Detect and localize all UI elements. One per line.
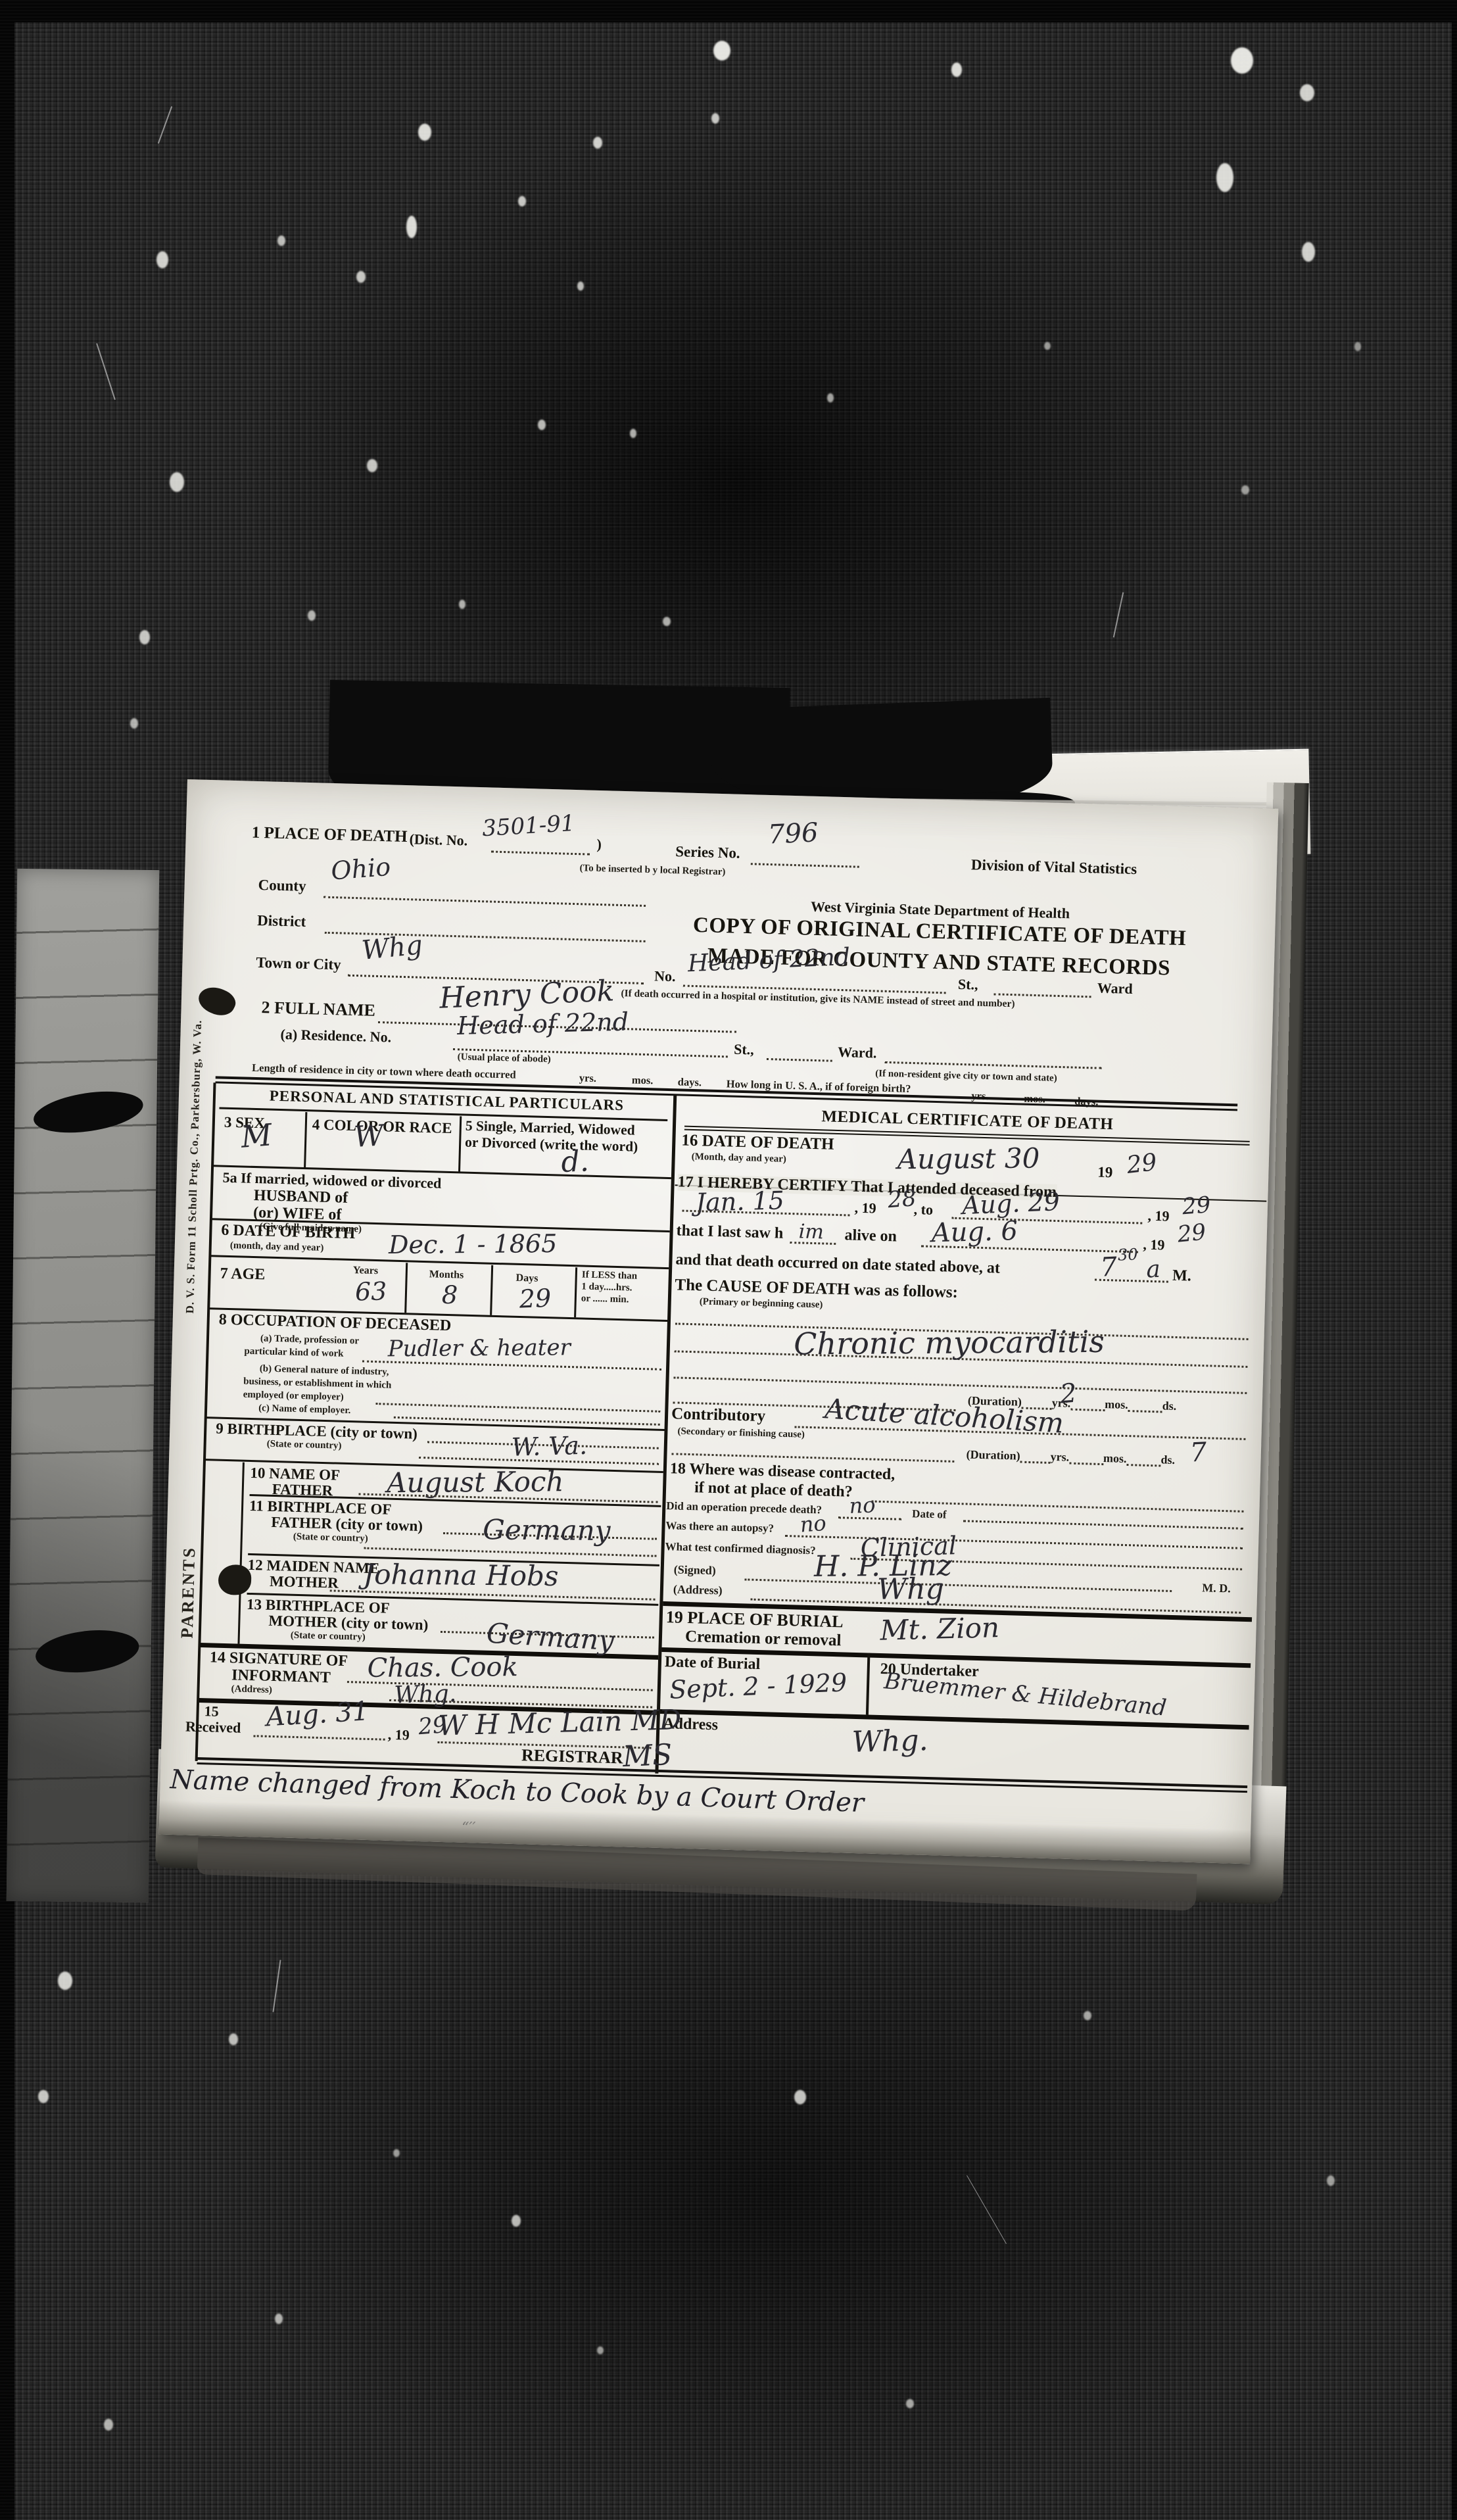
residence-label: (a) Residence. No. — [280, 1027, 391, 1045]
father-bp-state-note: (State or country) — [293, 1532, 368, 1545]
town-value: Whg — [360, 932, 423, 964]
punch-hole — [31, 1085, 146, 1139]
occ-b-1: (b) General nature of industry, — [260, 1364, 389, 1378]
occurred-label: and that death occurred on date stated a… — [675, 1251, 1000, 1277]
punch-hole — [34, 1625, 141, 1677]
occ-value: Pudler & heater — [388, 1336, 571, 1360]
cell-rule — [490, 1265, 493, 1315]
from-year-pre: , 19 — [854, 1200, 876, 1216]
informant-address-value: Whg. — [394, 1682, 457, 1707]
dob-note: (month, day and year) — [230, 1241, 324, 1254]
street-no-value: Head of 22nd — [687, 946, 850, 977]
occupation-label: 8 OCCUPATION OF DECEASED — [218, 1312, 451, 1335]
mother-bp-value: Germany — [486, 1619, 615, 1655]
registrar-label: REGISTRAR — [521, 1746, 623, 1766]
lined-paper-strip — [7, 869, 159, 1902]
operation-line — [838, 1516, 901, 1520]
lastsaw-year-pre: , 19 — [1143, 1237, 1165, 1253]
division-label: Division of Vital Statistics — [971, 857, 1137, 877]
ink-blob — [218, 1564, 251, 1595]
to-year-pre: , 19 — [1147, 1208, 1170, 1224]
age-days-value: 29 — [519, 1286, 552, 1312]
father-value: August Koch — [387, 1468, 564, 1497]
undertaker-address-value: Whg. — [851, 1726, 928, 1757]
lastsaw-pre: that I last saw h — [676, 1223, 783, 1242]
age-days-label: Days — [515, 1273, 538, 1285]
series-no-value: 796 — [767, 819, 819, 848]
duration2-yrs-label: yrs. — [1050, 1450, 1069, 1465]
if-less-3: or ...... min. — [581, 1294, 629, 1305]
received-value: Aug. 31 — [266, 1698, 370, 1730]
dod-label: 16 DATE OF DEATH — [681, 1132, 834, 1154]
to-year-value: 29 — [1182, 1194, 1212, 1218]
county-line — [323, 896, 646, 907]
autopsy-label: Was there an autopsy? — [665, 1520, 774, 1534]
signed-label: (Signed) — [674, 1563, 717, 1577]
m-label: M. — [1172, 1268, 1191, 1285]
district-label: District — [257, 913, 306, 930]
from-year-value: 28 — [887, 1187, 917, 1211]
father-bp-value: Germany — [483, 1516, 611, 1545]
cell-rule — [574, 1267, 577, 1317]
street-no-label: No. — [654, 968, 676, 984]
race-value: W — [353, 1121, 385, 1152]
parents-bracket-rule — [237, 1463, 244, 1644]
age-months-value: 8 — [441, 1282, 458, 1308]
autopsy-value: no — [800, 1513, 827, 1536]
sex-value: M — [240, 1119, 274, 1152]
signed-address-value: Whg — [877, 1575, 944, 1605]
occ-a-2: particular kind of work — [244, 1347, 343, 1360]
undertaker-value: Bruemmer & Hildebrand — [883, 1670, 1168, 1720]
occ-b-2: business, or establishment in which — [243, 1377, 392, 1392]
series-no-label: Series No. — [675, 844, 740, 861]
series-no-line — [751, 863, 859, 867]
place-of-death-label: 1 PLACE OF DEATH — [251, 825, 407, 846]
cause-note: (Primary or beginning cause) — [700, 1297, 823, 1311]
received-label-1: 15 — [204, 1703, 219, 1719]
time-hour: 7 — [1100, 1254, 1118, 1281]
autopsy-line — [785, 1535, 1243, 1549]
county-value: Ohio — [330, 854, 391, 884]
age-years-value: 63 — [355, 1278, 387, 1304]
printer-margin-text: D. V. S. Form 11 Scholl Prtg. Co., Parke… — [183, 1020, 204, 1314]
column-divider — [655, 1095, 677, 1774]
occ-a-1: (a) Trade, profession or — [260, 1334, 359, 1347]
dateof-line — [963, 1520, 1243, 1530]
birthplace-value: W. Va. — [511, 1433, 587, 1460]
ward2-label: Ward. — [838, 1044, 877, 1061]
if-less-1: If LESS than — [582, 1271, 638, 1282]
contributory-label: Contributory — [671, 1405, 766, 1425]
received-line — [254, 1735, 385, 1740]
hospital-note: (If death occurred in a hospital or inst… — [621, 988, 1015, 1009]
received-year-pre: , 19 — [388, 1727, 410, 1743]
cell-rule — [304, 1112, 307, 1167]
county-label: County — [258, 877, 306, 894]
burial-cell-rule — [866, 1653, 871, 1714]
abode-note: (Usual place of abode) — [457, 1052, 550, 1065]
dob-label: 6 DATE OF BIRTH — [221, 1223, 355, 1243]
lastsaw-year-value: 29 — [1176, 1221, 1206, 1246]
informant-value: Chas. Cook — [367, 1654, 517, 1682]
lastsaw-value: Aug. 6 — [931, 1218, 1018, 1246]
duration-line-2: (Duration) yrs. mos. ds. — [966, 1447, 1175, 1467]
lastsaw-mid: alive on — [844, 1227, 897, 1245]
dod-note: (Month, day and year) — [692, 1152, 787, 1165]
occ-b-3: employed (or employer) — [243, 1390, 343, 1403]
residence-value: Head of 22nd — [457, 1009, 629, 1038]
st-label: St., — [958, 977, 978, 992]
dist-no-value: 3501-91 — [481, 812, 575, 840]
ward-line — [994, 993, 1091, 998]
signed-line — [744, 1578, 1172, 1592]
series-note: (To be inserted b y local Registrar) — [579, 863, 725, 878]
duration-ds-value: 7 — [1189, 1439, 1207, 1466]
dob-value: Dec. 1 - 1865 — [389, 1231, 558, 1257]
dod-value: August 30 — [897, 1144, 1040, 1173]
lastsaw-fill-line — [790, 1242, 836, 1245]
duration2-mos-label: mos. — [1103, 1451, 1127, 1466]
death-certificate: D. V. S. Form 11 Scholl Prtg. Co., Parke… — [159, 779, 1279, 1864]
duration2-label: (Duration) — [966, 1447, 1020, 1463]
duration-mos-label: mos. — [1105, 1397, 1128, 1412]
dist-no-label: (Dist. No. — [409, 831, 467, 848]
dist-no-line — [491, 851, 590, 856]
registrar-initials: MS — [622, 1741, 673, 1772]
ward2-line — [885, 1061, 1102, 1069]
mother-bp-state-note: (State or country) — [291, 1631, 366, 1643]
ward-label: Ward — [1097, 981, 1133, 997]
time-minutes: 30 — [1117, 1246, 1138, 1263]
cause-line-3 — [674, 1376, 1247, 1394]
length-mos: mos. — [632, 1074, 654, 1086]
birthplace-state-note: (State or country) — [266, 1440, 341, 1452]
cause-value: Chronic myocarditis — [794, 1326, 1105, 1359]
father-label-1: 10 NAME OF — [250, 1465, 340, 1484]
burial-value: Mt. Zion — [880, 1614, 1000, 1645]
lastsaw-fill: im — [798, 1222, 824, 1242]
cell-rule — [404, 1263, 408, 1313]
received-label-2: Received — [185, 1718, 241, 1735]
mother-label-2: MOTHER — [270, 1574, 339, 1591]
dateof-label: Date of — [912, 1508, 947, 1520]
registrar-signature: W H Mc Lain MD — [438, 1706, 682, 1739]
attended-to-value: Aug. 29 — [961, 1189, 1060, 1218]
st2-line — [767, 1058, 832, 1062]
marital-label-2: or Divorced (write the word) — [465, 1135, 638, 1155]
microfilm-scan: D. V. S. Form 11 Scholl Prtg. Co., Parke… — [0, 0, 1457, 2520]
burial-date-label: Date of Burial — [665, 1654, 761, 1673]
burial-date-value: Sept. 2 - 1929 — [669, 1670, 848, 1703]
dod-year-pre: 19 — [1097, 1165, 1113, 1181]
informant-line — [347, 1681, 653, 1691]
informant-label-1: 14 SIGNATURE OF — [210, 1649, 348, 1670]
length-yrs: yrs. — [579, 1072, 597, 1084]
if-less-2: 1 day.....hrs. — [581, 1282, 633, 1294]
occ-b-line — [375, 1403, 660, 1413]
age-label: 7 AGE — [220, 1266, 265, 1284]
father-bp-line-2 — [364, 1547, 656, 1557]
mother-value: Johanna Hobs — [363, 1561, 558, 1590]
fullname-label: 2 FULL NAME — [261, 998, 375, 1019]
signed-address-label: (Address) — [673, 1583, 723, 1597]
st2-label: St., — [734, 1042, 754, 1057]
marital-value: d. — [561, 1147, 590, 1177]
time-ampm: a — [1146, 1258, 1161, 1282]
occ-c: (c) Name of employer. — [258, 1403, 351, 1417]
duration-yrs-value: 2 — [1059, 1380, 1078, 1408]
ink-blob — [195, 981, 239, 1021]
town-label: Town or City — [256, 955, 341, 973]
age-months-label: Months — [429, 1269, 464, 1281]
birthplace-label: 9 BIRTHPLACE (city or town) — [216, 1421, 418, 1442]
duration2-ds-label: ds. — [1160, 1453, 1175, 1467]
dist-no-close: ) — [596, 836, 602, 852]
cell-rule — [458, 1116, 462, 1171]
to-label: , to — [913, 1201, 933, 1217]
dod-year-value: 29 — [1126, 1151, 1158, 1178]
contributory-note: (Secondary or finishing cause) — [677, 1427, 805, 1441]
where-label-2: if not at place of death? — [694, 1480, 853, 1501]
informant-address-note: (Address) — [231, 1684, 272, 1695]
md-label: M. D. — [1202, 1582, 1231, 1595]
duration-ds-label: ds. — [1162, 1399, 1176, 1413]
burial-label-2: Cremation or removal — [685, 1628, 842, 1650]
parents-label: PARENTS — [178, 1546, 200, 1639]
age-years-label: Years — [353, 1265, 379, 1277]
test-label: What test confirmed diagnosis? — [665, 1541, 815, 1557]
length-days: days. — [678, 1076, 702, 1088]
operation-value: no — [849, 1494, 876, 1516]
